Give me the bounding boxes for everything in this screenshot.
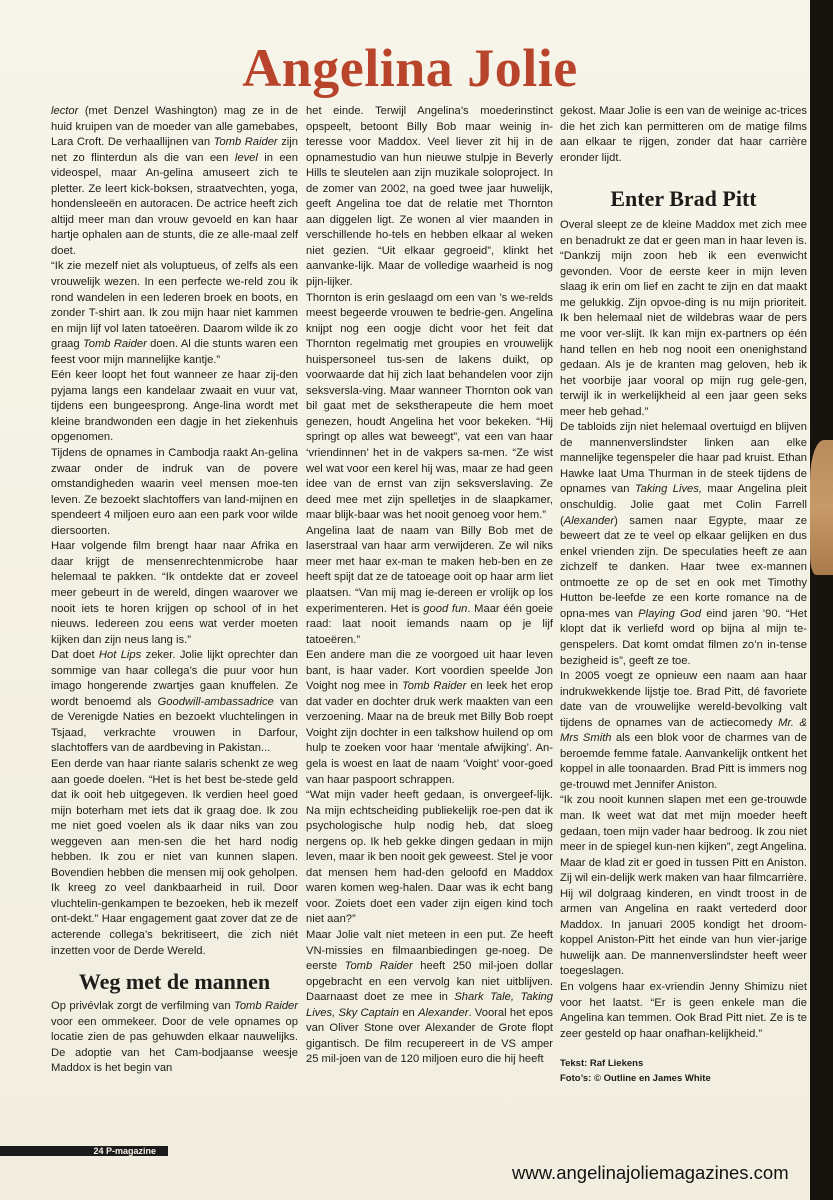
italic-title: Playing God — [638, 608, 701, 620]
italic-title: Taking Lives, — [635, 483, 702, 495]
italic-title: Tomb Raider — [214, 136, 278, 148]
paragraph: gekost. Maar Jolie is een van de weinige… — [560, 104, 807, 166]
italic-title: lector — [51, 105, 78, 117]
credit-photos: Foto’s: © Outline en James White — [560, 1071, 807, 1086]
italic-title: Tomb Raider — [345, 960, 413, 972]
paragraph: In 2005 voegt ze opnieuw een naam aan ha… — [560, 669, 807, 793]
article-title: Angelina Jolie — [0, 38, 820, 98]
source-watermark: www.angelinajoliemagazines.com — [512, 1162, 789, 1184]
article-column-3: gekost. Maar Jolie is een van de weinige… — [560, 104, 807, 1086]
paragraph: En volgens haar ex-vriendin Jenny Shimiz… — [560, 980, 807, 1042]
italic-title: Mr. & Mrs Smith — [560, 717, 807, 745]
italic-title: Goodwill-ambassadrice — [158, 696, 274, 708]
italic-title: Tomb Raider — [83, 338, 147, 350]
magazine-page: Angelina Jolie lector (met Denzel Washin… — [0, 0, 810, 1200]
article-column-1: lector (met Denzel Washington) mag ze in… — [51, 104, 298, 1077]
italic-title: level — [235, 152, 258, 164]
paragraph: “Wat mijn vader heeft gedaan, is onverge… — [306, 788, 553, 928]
column-body: gekost. Maar Jolie is een van de weinige… — [560, 104, 807, 166]
italic-title: Alexander — [564, 515, 614, 527]
page-folio: 24 P-magazine — [0, 1146, 168, 1156]
paragraph: Maar Jolie valt niet meteen in een put. … — [306, 928, 553, 1068]
photo-skin-area — [810, 440, 833, 575]
adjacent-photo-edge — [810, 0, 833, 1200]
paragraph: het einde. Terwijl Angelina’s moederinst… — [306, 104, 553, 291]
paragraph: Een derde van haar riante salaris schenk… — [51, 757, 298, 959]
italic-title: Tomb Raider — [402, 680, 466, 692]
italic-title: good fun — [423, 603, 467, 615]
paragraph: Haar volgende film brengt haar naar Afri… — [51, 539, 298, 648]
paragraph: Thornton is erin geslaagd om een van ’s … — [306, 291, 553, 524]
column-body-after-subhead: Op privévlak zorgt de verfilming van Tom… — [51, 999, 298, 1077]
column-body: het einde. Terwijl Angelina’s moederinst… — [306, 104, 553, 1068]
paragraph: lector (met Denzel Washington) mag ze in… — [51, 104, 298, 259]
italic-title: Tomb Raider — [234, 1000, 298, 1012]
subheading-weg-met-de-mannen: Weg met de mannen — [51, 969, 298, 995]
paragraph: Dat doet Hot Lips zeker. Jolie lijkt opr… — [51, 648, 298, 757]
italic-title: Hot Lips — [99, 649, 141, 661]
paragraph: De tabloids zijn niet helemaal overtuigd… — [560, 420, 807, 669]
paragraph: Angelina laat de naam van Billy Bob met … — [306, 524, 553, 648]
italic-title: Alexander — [418, 1007, 468, 1019]
paragraph: Overal sleept ze de kleine Maddox met zi… — [560, 218, 807, 420]
column-body-after-subhead: Overal sleept ze de kleine Maddox met zi… — [560, 218, 807, 1042]
column-body: lector (met Denzel Washington) mag ze in… — [51, 104, 298, 959]
paragraph: Tijdens de opnames in Cambodja raakt An-… — [51, 446, 298, 539]
article-credits: Tekst: Raf Liekens Foto’s: © Outline en … — [560, 1056, 807, 1086]
paragraph: “Ik zie mezelf niet als voluptueus, of z… — [51, 259, 298, 368]
paragraph: Eén keer loopt het fout wanneer ze haar … — [51, 368, 298, 446]
article-column-2: het einde. Terwijl Angelina’s moederinst… — [306, 104, 553, 1068]
paragraph: Een andere man die ze voorgoed uit haar … — [306, 648, 553, 788]
credit-text-author: Tekst: Raf Liekens — [560, 1056, 807, 1071]
paragraph: “Ik zou nooit kunnen slapen met een ge-t… — [560, 793, 807, 980]
paragraph: Op privévlak zorgt de verfilming van Tom… — [51, 999, 298, 1077]
subheading-enter-brad-pitt: Enter Brad Pitt — [560, 186, 807, 212]
